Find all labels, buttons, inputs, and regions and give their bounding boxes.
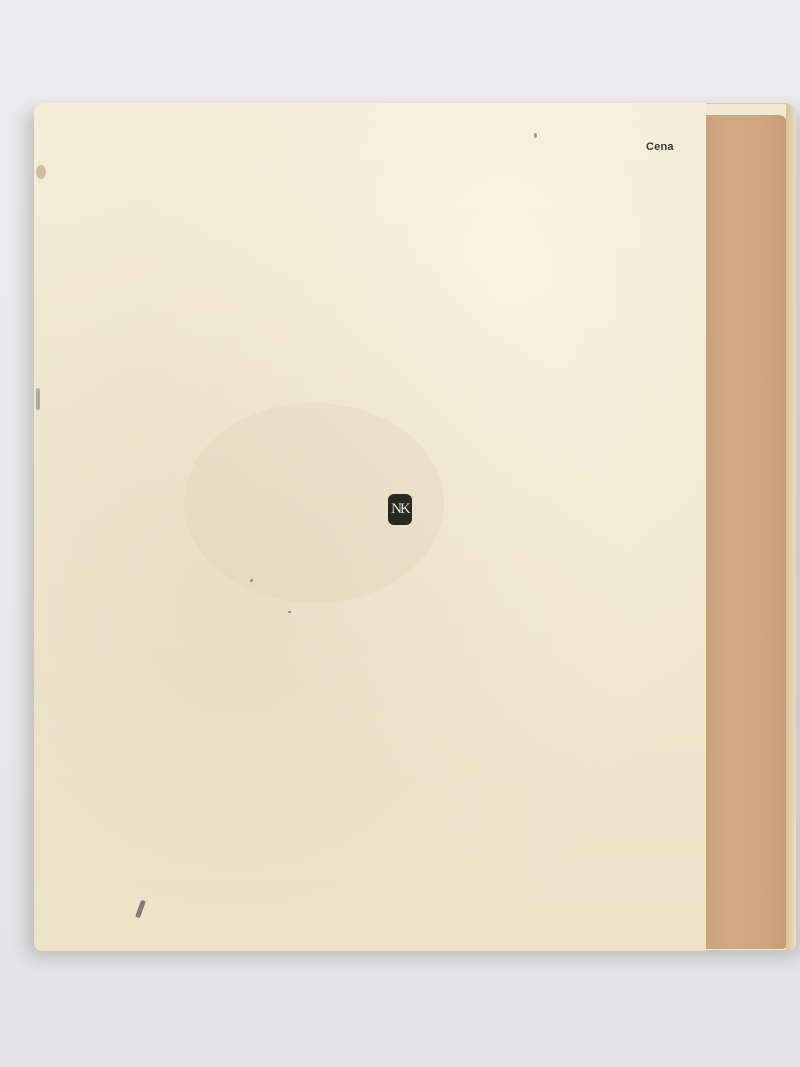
spine-edge (786, 103, 796, 951)
publisher-logo-icon: NK (388, 494, 412, 525)
spine-tape (706, 115, 788, 949)
price-label: Cena (646, 141, 674, 153)
ink-mark-bottom-left (135, 900, 146, 919)
stain-top-left (36, 165, 46, 179)
dot-mark (288, 611, 291, 613)
cover-surface: Cena NK (34, 103, 706, 951)
book-back-cover: Cena NK (34, 103, 796, 951)
publisher-logo-text: NK (391, 501, 409, 518)
dot-mark (534, 133, 537, 138)
mark-left-edge (36, 388, 40, 410)
